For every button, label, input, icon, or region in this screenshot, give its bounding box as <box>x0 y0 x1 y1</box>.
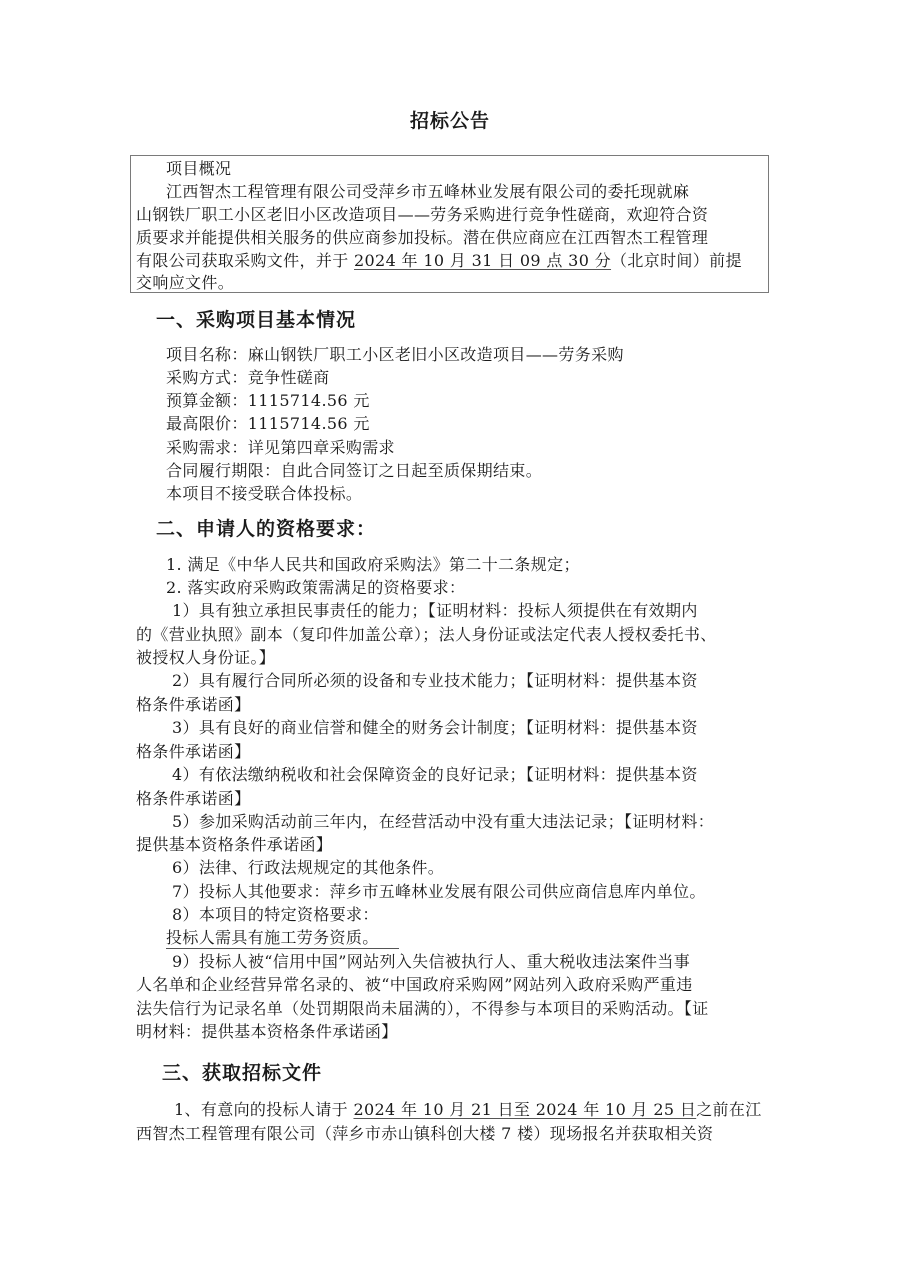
section3-line: 西智杰工程管理有限公司（萍乡市赤山镇科创大楼 7 楼）现场报名并获取相关资 <box>136 1123 776 1145</box>
section1-heading: 一、采购项目基本情况 <box>156 307 356 333</box>
section2-line: 提供基本资格条件承诺函】 <box>136 834 776 856</box>
section3-line1-prefix: 1、有意向的投标人请于 <box>174 1100 353 1119</box>
section2-line: 1. 满足《中华人民共和国政府采购法》第二十二条规定； <box>166 554 806 576</box>
document-acquisition-period: 2024 年 10 月 21 日至 2024 年 10 月 25 日 <box>353 1100 696 1119</box>
overview-heading: 项目概况 <box>166 158 806 180</box>
overview-text-line: 有限公司获取采购文件，并于 2024 年 10 月 31 日 09 点 30 分… <box>136 250 776 272</box>
section2-line: 格条件承诺函】 <box>136 741 776 763</box>
section2-line: 格条件承诺函】 <box>136 788 776 810</box>
section1-item: 最高限价：1115714.56 元 <box>166 413 806 435</box>
section2-line: 格条件承诺函】 <box>136 694 776 716</box>
section2-heading: 二、申请人的资格要求： <box>156 516 376 542</box>
section2-line: 7）投标人其他要求：萍乡市五峰林业发展有限公司供应商信息库内单位。 <box>172 881 812 903</box>
section2-line: 1）具有独立承担民事责任的能力；【证明材料：投标人须提供在有效期内 <box>172 600 812 622</box>
section2-special-requirement: 投标人需具有施工劳务资质。 <box>166 927 806 949</box>
overview-line4-prefix: 有限公司获取采购文件，并于 <box>136 251 354 270</box>
section2-line: 4）有依法缴纳税收和社会保障资金的良好记录；【证明材料：提供基本资 <box>172 764 812 786</box>
section2-line: 2. 落实政府采购政策需满足的资格要求： <box>166 577 806 599</box>
section2-line: 9）投标人被“信用中国”网站列入失信被执行人、重大税收违法案件当事 <box>172 951 812 973</box>
section2-line: 3）具有良好的商业信誉和健全的财务会计制度；【证明材料：提供基本资 <box>172 717 812 739</box>
overview-text-line: 交响应文件。 <box>136 272 776 294</box>
section1-item: 采购方式：竞争性磋商 <box>166 367 806 389</box>
section1-item: 合同履行期限：自此合同签订之日起至质保期结束。 <box>166 460 806 482</box>
section2-line: 明材料：提供基本资格条件承诺函】 <box>136 1021 776 1043</box>
document-title: 招标公告 <box>0 106 900 133</box>
section2-line: 法失信行为记录名单（处罚期限尚未届满的），不得参与本项目的采购活动。【证 <box>136 998 776 1020</box>
section2-line: 被授权人身份证。】 <box>136 647 776 669</box>
overview-text-line: 山钢铁厂职工小区老旧小区改造项目——劳务采购进行竞争性磋商，欢迎符合资 <box>136 204 776 226</box>
response-deadline: 2024 年 10 月 31 日 09 点 30 分 <box>354 251 611 270</box>
section1-item: 预算金额：1115714.56 元 <box>166 390 806 412</box>
document-page: 招标公告 项目概况 江西智杰工程管理有限公司受萍乡市五峰林业发展有限公司的委托现… <box>0 0 900 1273</box>
special-qualification: 投标人需具有施工劳务资质。 <box>166 928 399 949</box>
overview-text-line: 江西智杰工程管理有限公司受萍乡市五峰林业发展有限公司的委托现就麻 <box>166 181 806 203</box>
section1-item: 本项目不接受联合体投标。 <box>166 483 806 505</box>
section3-line: 1、有意向的投标人请于 2024 年 10 月 21 日至 2024 年 10 … <box>174 1099 814 1121</box>
section2-line: 8）本项目的特定资格要求： <box>172 904 812 926</box>
overview-line4-suffix: （北京时间）前提 <box>611 251 742 270</box>
section2-line: 2）具有履行合同所必须的设备和专业技术能力；【证明材料：提供基本资 <box>172 670 812 692</box>
section2-line: 5）参加采购活动前三年内，在经营活动中没有重大违法记录；【证明材料： <box>172 811 812 833</box>
section2-line: 人名单和企业经营异常名录的、被“中国政府采购网”网站列入政府采购严重违 <box>136 974 776 996</box>
section1-item: 项目名称：麻山钢铁厂职工小区老旧小区改造项目——劳务采购 <box>166 344 806 366</box>
section1-item: 采购需求：详见第四章采购需求 <box>166 437 806 459</box>
section3-line1-suffix: 之前在江 <box>696 1100 761 1119</box>
overview-text-line: 质要求并能提供相关服务的供应商参加投标。潜在供应商应在江西智杰工程管理 <box>136 227 776 249</box>
section2-line: 6）法律、行政法规规定的其他条件。 <box>172 857 812 879</box>
section3-heading: 三、获取招标文件 <box>162 1060 322 1086</box>
section2-line: 的《营业执照》副本（复印件加盖公章）；法人身份证或法定代表人授权委托书、 <box>136 624 776 646</box>
